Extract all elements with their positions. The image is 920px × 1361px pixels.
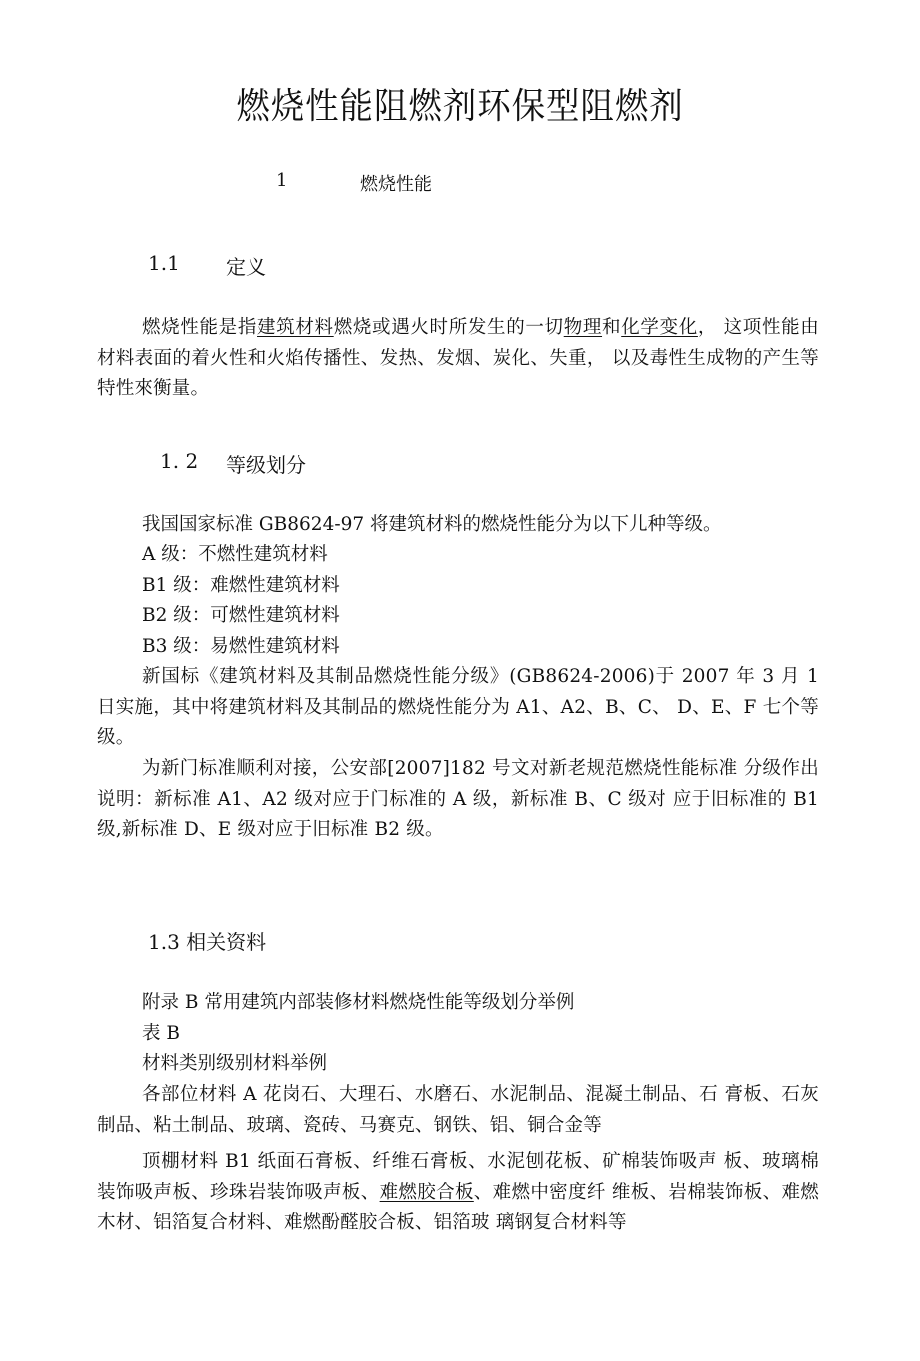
link-fire-retardant-plywood[interactable]: 难燃胶合板 — [380, 1182, 474, 1203]
grade-b3: B3 级：易燃性建筑材料 — [142, 632, 340, 663]
table-row-b1: 顶棚材料 B1 纸面石膏板、纤维石膏板、水泥刨花板、矿棉装饰吸声 板、玻璃棉装饰… — [97, 1147, 819, 1239]
table-header: 材料类别级别材料举例 — [142, 1049, 327, 1080]
document-title: 燃烧性能阻燃剂环保型阻燃剂 — [32, 78, 888, 129]
grade-a: A 级：不燃性建筑材料 — [142, 540, 328, 571]
table-row-a: 各部位材料 A 花岗石、大理石、水磨石、水泥制品、混凝土制品、石 膏板、石灰制品… — [97, 1080, 819, 1141]
grading-intro: 我国国家标准 GB8624-97 将建筑材料的燃烧性能分为以下儿种等级。 — [142, 510, 722, 541]
table-label: 表 B — [142, 1019, 180, 1050]
grade-b2: B2 级：可燃性建筑材料 — [142, 601, 340, 632]
link-building-materials[interactable]: 建筑材料 — [257, 317, 334, 338]
chapter-title: 燃烧性能 — [360, 170, 432, 196]
chapter-number: 1 — [276, 170, 287, 191]
section-1-3-number: 1.3 — [148, 930, 180, 954]
new-standard-paragraph: 新国标《建筑材料及其制品燃烧性能分级》(GB8624-2006)于 2007 年… — [97, 662, 819, 754]
link-physics[interactable]: 物理 — [564, 317, 602, 338]
definition-text: 和 — [602, 317, 621, 338]
definition-text: 燃烧性能是指 — [142, 317, 257, 338]
standard-mapping-paragraph: 为新门标准顺利对接，公安部[2007]182 号文对新老规范燃烧性能标准 分级作… — [97, 754, 819, 846]
section-1-1-number: 1.1 — [148, 251, 180, 275]
section-1-2-number: 1. 2 — [160, 449, 198, 473]
grade-b1: B1 级：难燃性建筑材料 — [142, 571, 340, 602]
section-1-3-title: 相关资料 — [186, 930, 266, 954]
appendix-title: 附录 B 常用建筑内部装修材料燃烧性能等级划分举例 — [142, 988, 574, 1019]
section-1-2-title: 等级划分 — [226, 449, 306, 478]
section-1-1-title: 定义 — [226, 251, 266, 280]
section-1-3-heading: 1.3 相关资料 — [148, 926, 266, 955]
link-chemical-change[interactable]: 化学变化 — [621, 317, 698, 338]
definition-paragraph: 燃烧性能是指建筑材料燃烧或遇火时所发生的一切物理和化学变化， 这项性能由材料表面… — [97, 313, 819, 405]
definition-text: 燃烧或遇火时所发生的一切 — [334, 317, 564, 338]
